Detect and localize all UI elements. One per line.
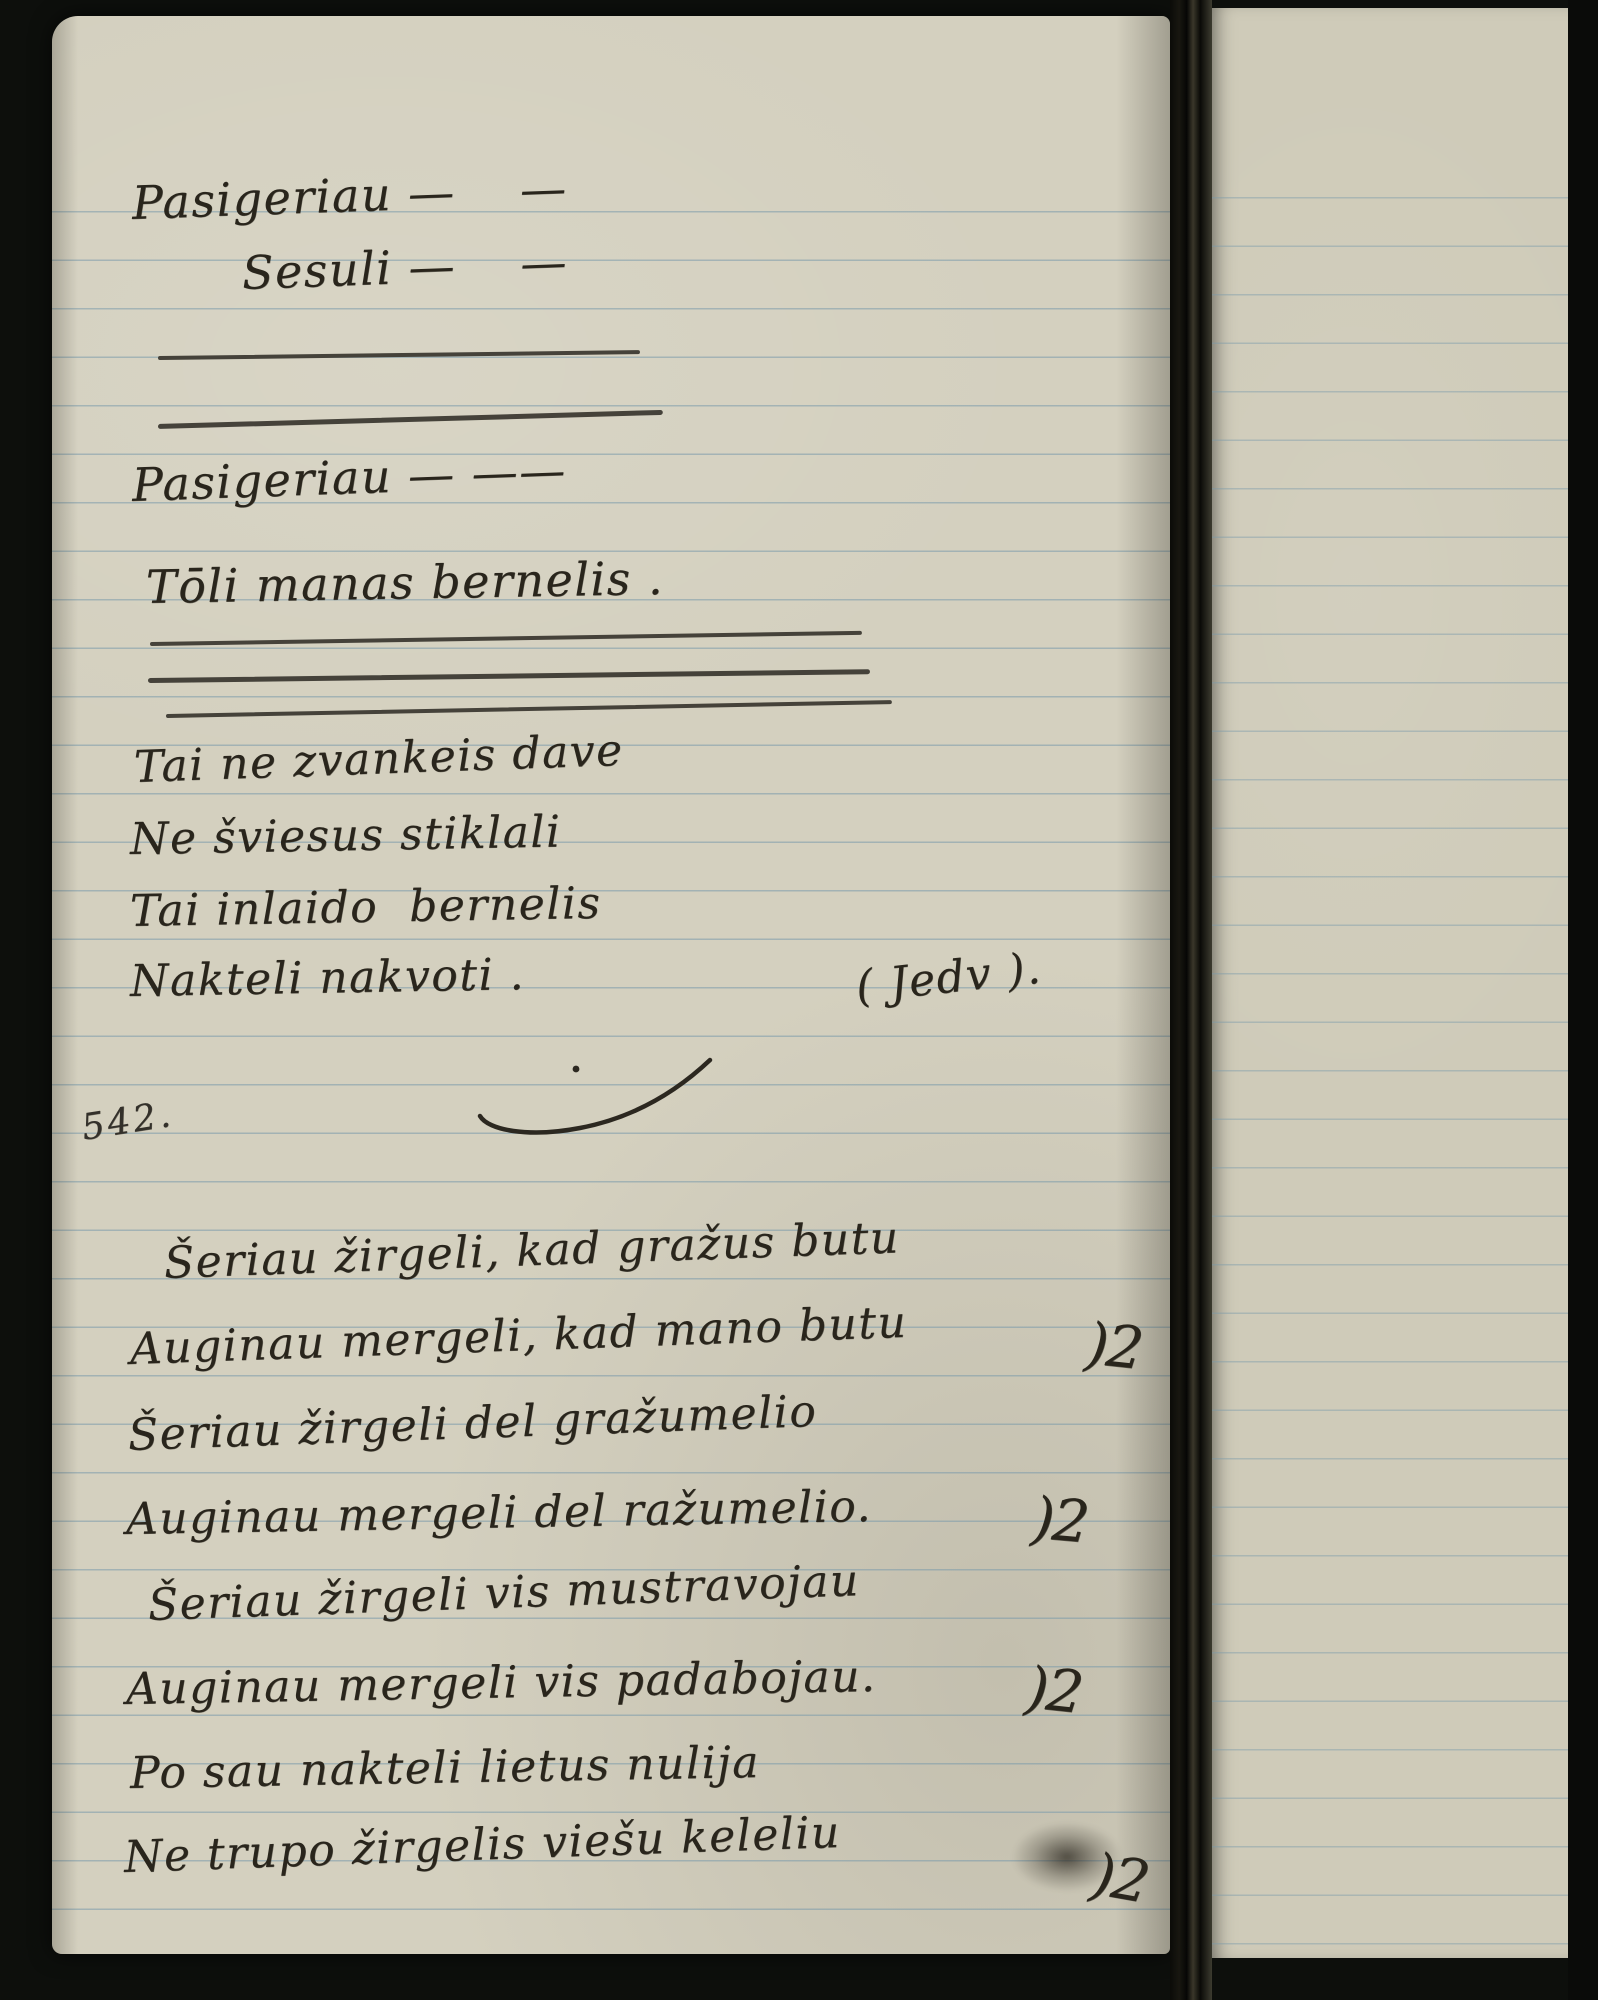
repeat-mark: )2 [1083, 1309, 1145, 1382]
scan-background-right [1568, 0, 1598, 2000]
refrain-line: Nakteli nakvoti . [130, 949, 526, 1007]
repeat-mark: )2 [1029, 1484, 1090, 1557]
refrain-line: Ne šviesus stiklali [130, 806, 562, 865]
page-shadow-right [1116, 16, 1170, 1954]
manuscript-scan: Pasigeriau — — Sesuli — — Pasigeriau — —… [0, 0, 1598, 2000]
repeat-mark: )2 [1087, 1840, 1153, 1917]
facing-page-edge [1212, 8, 1568, 1958]
facing-page-ruled-lines [1212, 150, 1568, 1952]
title-line-2: Sesuli — — [241, 235, 569, 300]
gutter-shadow [1170, 0, 1212, 2000]
title-line-4: Tōli manas bernelis . [146, 551, 665, 614]
page-shadow-left [52, 16, 78, 1954]
refrain-line: Tai inlaido bernelis [130, 878, 602, 937]
repeat-mark: )2 [1023, 1653, 1085, 1726]
flourish-mark [470, 1052, 730, 1144]
